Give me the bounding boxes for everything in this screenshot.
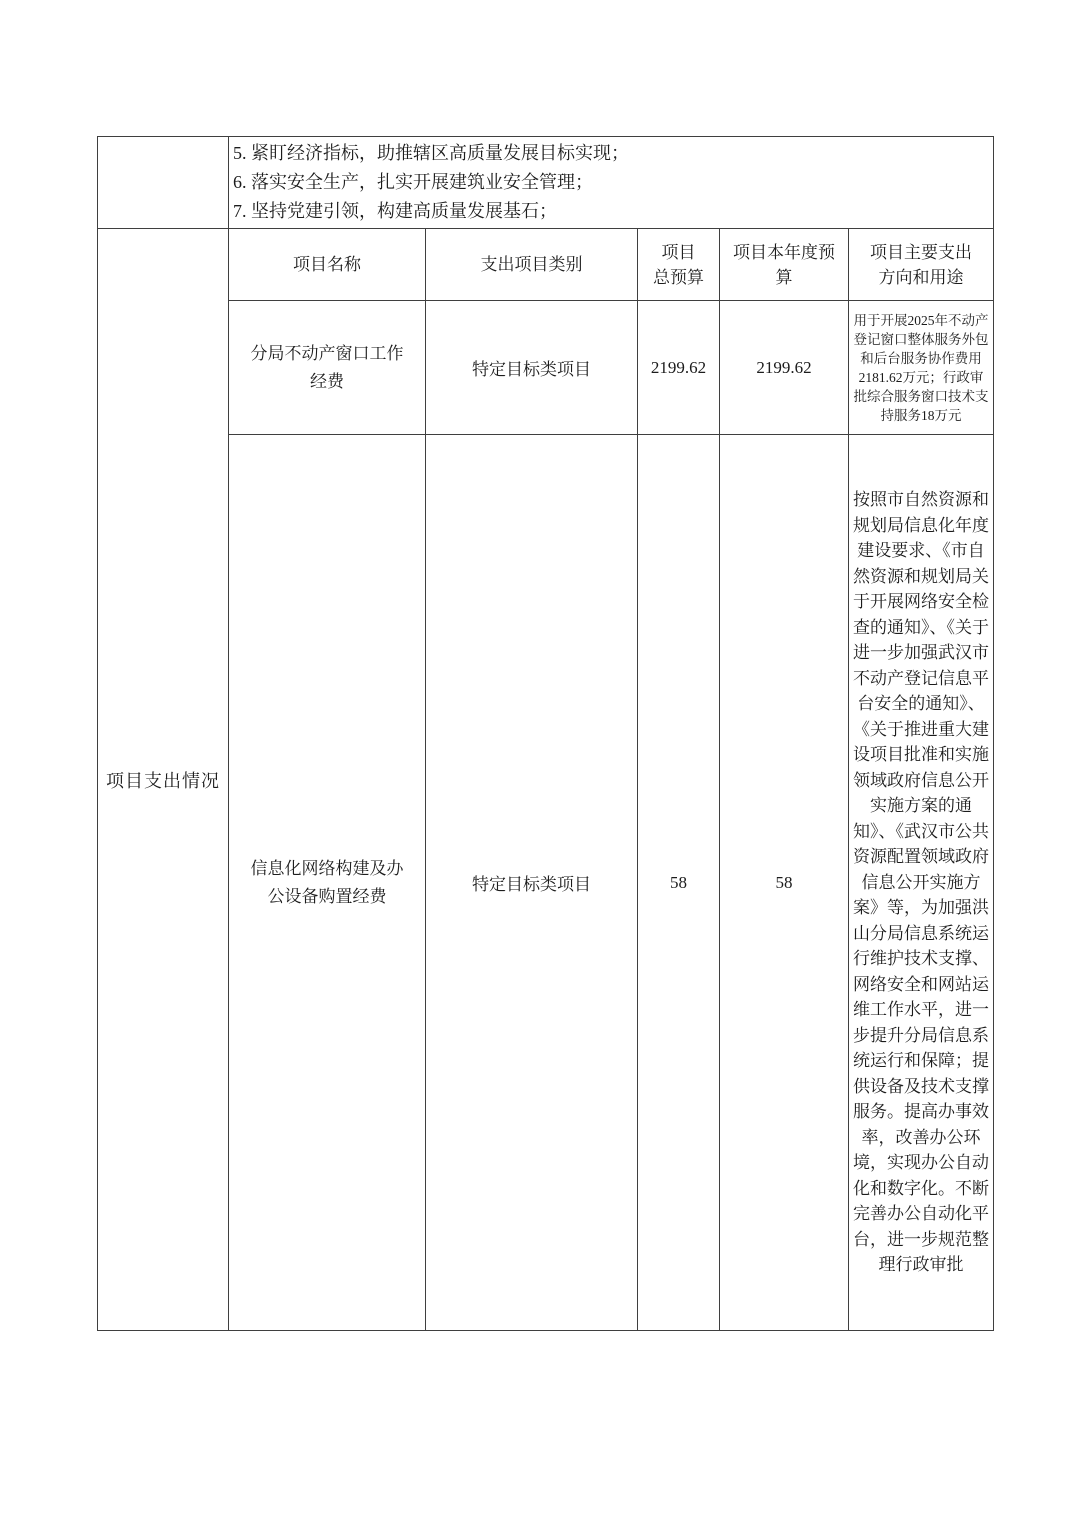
project-year-budget: 58 [720, 435, 849, 1331]
table-row: 分局不动产窗口工作 经费 特定目标类项目 2199.62 2199.62 用于开… [98, 301, 994, 435]
project-year-budget: 2199.62 [720, 301, 849, 435]
list-item-7: 7. 坚持党建引领，构建高质量发展基石； [233, 197, 989, 226]
list-item-5: 5. 紧盯经济指标，助推辖区高质量发展目标实现； [233, 139, 989, 168]
empty-side-cell [98, 137, 229, 229]
project-usage: 用于开展2025年不动产登记窗口整体服务外包和后台服务协作费用2181.62万元… [849, 301, 994, 435]
project-total-budget: 2199.62 [638, 301, 720, 435]
table-row: 信息化网络构建及办 公设备购置经费 特定目标类项目 58 58 按照市自然资源和… [98, 435, 994, 1331]
header-expenditure-category: 支出项目类别 [426, 229, 638, 301]
project-expenditure-table: 5. 紧盯经济指标，助推辖区高质量发展目标实现； 6. 落实安全生产，扎实开展建… [97, 136, 994, 1331]
project-category: 特定目标类项目 [426, 435, 638, 1331]
project-usage: 按照市自然资源和规划局信息化年度建设要求、《市自然资源和规划局关于开展网络安全检… [849, 435, 994, 1331]
header-year-budget: 项目本年度预 算 [720, 229, 849, 301]
table-header-row: 项目支出情况 项目名称 支出项目类别 项目 总预算 项目本年度预 算 项目主要支… [98, 229, 994, 301]
header-total-budget: 项目 总预算 [638, 229, 720, 301]
project-total-budget: 58 [638, 435, 720, 1331]
work-goals-row: 5. 紧盯经济指标，助推辖区高质量发展目标实现； 6. 落实安全生产，扎实开展建… [98, 137, 994, 229]
project-name: 分局不动产窗口工作 经费 [229, 301, 426, 435]
project-name: 信息化网络构建及办 公设备购置经费 [229, 435, 426, 1331]
header-project-name: 项目名称 [229, 229, 426, 301]
document-page: 5. 紧盯经济指标，助推辖区高质量发展目标实现； 6. 落实安全生产，扎实开展建… [0, 0, 1075, 1520]
project-category: 特定目标类项目 [426, 301, 638, 435]
list-item-6: 6. 落实安全生产，扎实开展建筑业安全管理； [233, 168, 989, 197]
work-goals-cell: 5. 紧盯经济指标，助推辖区高质量发展目标实现； 6. 落实安全生产，扎实开展建… [229, 137, 994, 229]
section-label: 项目支出情况 [98, 229, 229, 1331]
header-usage: 项目主要支出 方向和用途 [849, 229, 994, 301]
